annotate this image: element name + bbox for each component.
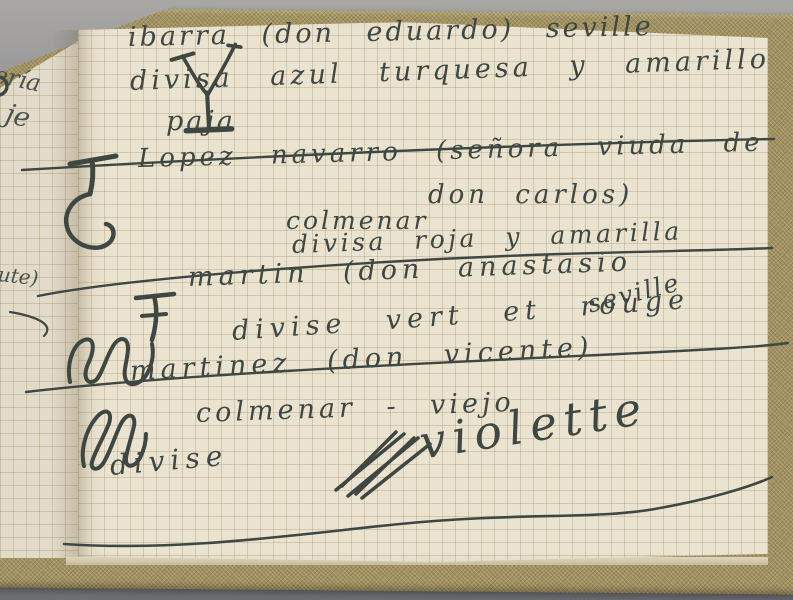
notebook-page — [78, 22, 768, 562]
